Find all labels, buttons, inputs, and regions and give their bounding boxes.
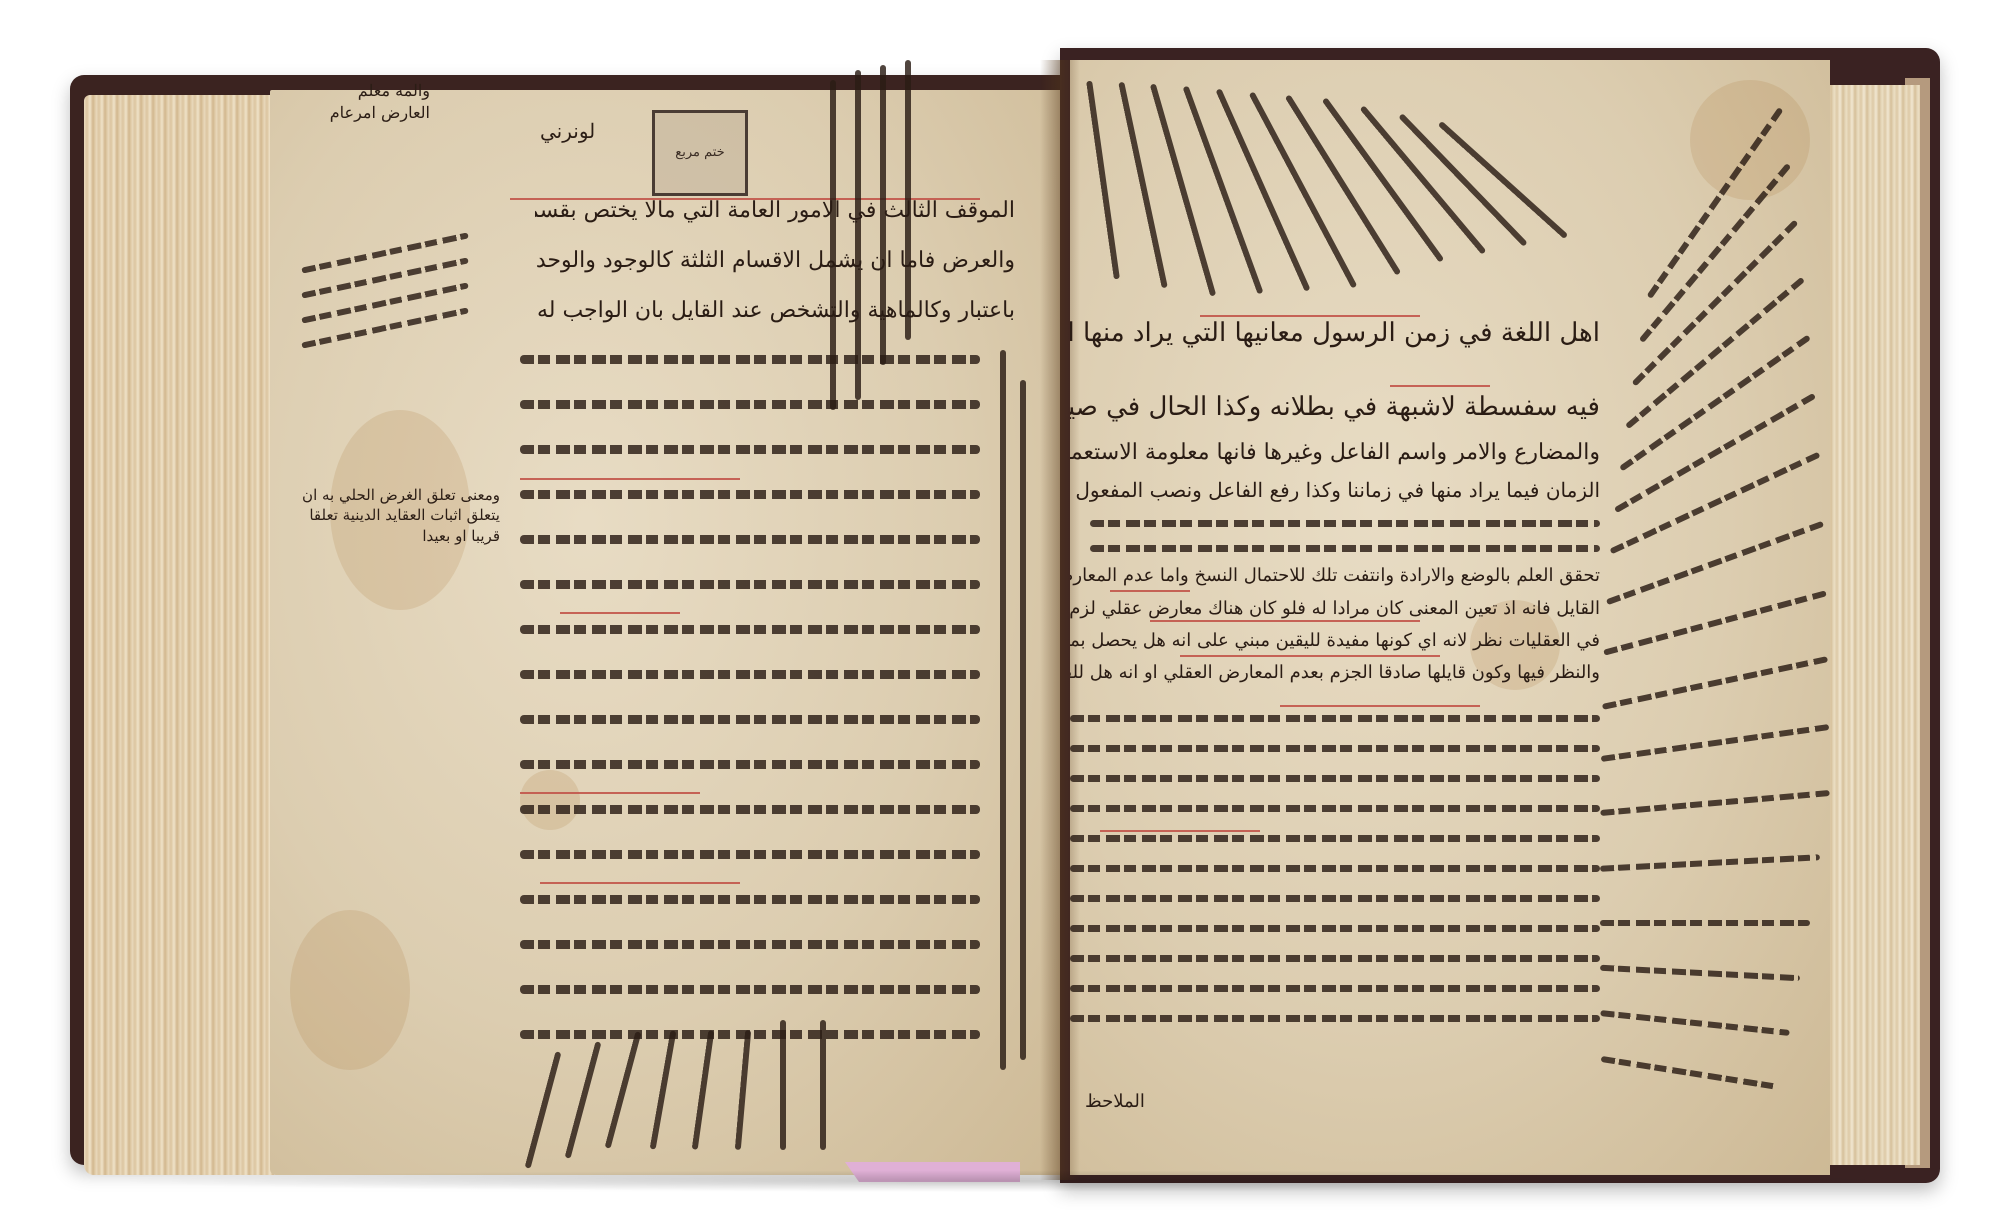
text-line: اهل اللغة في زمن الرسول معانيها التي يرا… [1070,318,1600,348]
header-label: لونرني [540,118,595,145]
text-line: تحقق العلم بالوضع والارادة وانتفت تلك لل… [1070,565,1600,586]
text-line: في العقليات نظر لانه اي كونها مفيدة لليق… [1070,630,1600,651]
text-line: والنظر فيها وكون قايلها صادقا الجزم بعدم… [1070,662,1600,683]
seal-text: ختم مربع [675,145,724,161]
text-line: والعرض فاما ان يشمل الاقسام الثلثة كالوج… [535,248,1015,273]
text-line: القايل فانه اذ تعين المعنى كان مرادا له … [1070,598,1600,619]
note-line: والمه معلم [290,80,430,102]
catchword: الملاحظ [1085,1090,1145,1114]
text-line: الموقف الثالث في الامور العامة التي مالا… [535,198,1015,223]
text-line: والمضارع والامر واسم الفاعل وغيرها فانها… [1070,440,1600,465]
book-shadow [90,1170,1930,1192]
text-line: فيه سفسطة لاشبهة في بطلانه وكذا الحال في… [1070,392,1600,422]
open-manuscript: والمه معلم العارض امرعام لونرني ختم مربع… [0,0,2000,1230]
text-line: باعتبار وكالماهية والتشخص عند القايل بان… [535,298,1015,323]
note-line: العارض امرعام [290,102,430,124]
top-note-left: والمه معلم العارض امرعام [290,80,430,123]
ownership-seal: ختم مربع [652,110,748,196]
book-gutter [1040,60,1080,1180]
page-edges-left [84,95,274,1175]
text-line: الزمان فيما يراد منها في زماننا وكذا رفع… [1070,478,1600,502]
margin-note: ومعنى تعلق الغرض الحلي به ان يتعلق اثبات… [300,485,500,546]
rubric-line [1200,315,1420,317]
